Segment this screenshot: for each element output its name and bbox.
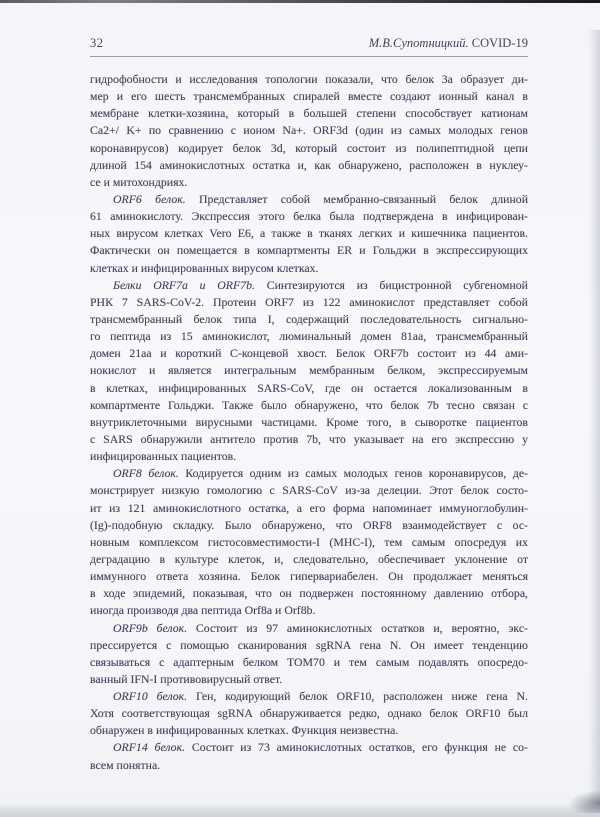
text-line: монстрирует низкую гомологию с SARS-CoV … xyxy=(90,482,528,499)
paragraph-lead: Белки ORF7a и ORF7b. xyxy=(113,278,255,292)
text-line: Ca2+/ K+ по сравнению с ионом Na+. ORF3d… xyxy=(90,122,528,139)
text-line: ит из 121 аминокислотного остатка, а его… xyxy=(90,500,528,517)
text-line: прессируется с помощью сканирования sgRN… xyxy=(90,637,528,654)
text-line: домен 21aa и короткий C-концевой хвост. … xyxy=(90,345,528,362)
text-line: ORF6 белок. Представляет собой мембранно… xyxy=(90,191,528,208)
text-line: новным комплексом гистосовместимости-I (… xyxy=(90,534,528,551)
text-line: связываться с адаптерным белком TOM70 и … xyxy=(90,654,528,671)
scan-bottom-shadow xyxy=(0,804,600,817)
text-line: Белки ORF7a и ORF7b. Синтезируются из би… xyxy=(90,277,528,294)
text-line: коронавирусов) кодирует белок 3d, которы… xyxy=(90,140,528,157)
paragraph-lead: ORF8 белок. xyxy=(113,466,179,480)
text-line: в ходе эпидемий, показывая, что он подве… xyxy=(90,585,528,602)
text-line: обнаружен в инфицированных клетках. Функ… xyxy=(90,722,528,739)
text-line: иногда производя два пептида Orf8a и Orf… xyxy=(90,602,528,619)
paragraph: ORF14 белок. Состоит из 73 аминокислотны… xyxy=(90,739,528,773)
text-line: иммунного ответа хозяина. Белок гипервар… xyxy=(90,568,528,585)
scan-top-edge xyxy=(0,0,600,3)
text-line: (Ig)-подобную складку. Было обнаружено, … xyxy=(90,517,528,534)
text-line: мер и его шесть трансмембранных спиралей… xyxy=(90,88,528,105)
text-line: деградацию в культуре клеток, и, следова… xyxy=(90,551,528,568)
text-line: Хотя соответствующая sgRNA обнаруживаетс… xyxy=(90,705,528,722)
text-line: клетках и инфицированных вирусом клетках… xyxy=(90,260,528,277)
text-line: го пептида из 15 аминокислот, люминальны… xyxy=(90,328,528,345)
scan-right-shadow xyxy=(588,30,600,805)
page-number: 32 xyxy=(90,36,104,51)
text-line: с SARS обнаружили антитело против 7b, чт… xyxy=(90,431,528,448)
text-column: гидрофобности и исследования топологии п… xyxy=(90,71,528,774)
text-line: Фактически он помещается в компартменты … xyxy=(90,242,528,259)
paragraph-lead: ORF10 белок. xyxy=(113,689,187,703)
paragraph: ORF9b белок. Состоит из 97 аминокислотны… xyxy=(90,620,528,689)
text-line: длиной 154 аминокислотных остатка и, как… xyxy=(90,157,528,174)
text-line: ORF14 белок. Состоит из 73 аминокислотны… xyxy=(90,739,528,756)
text-line: ных вирусом клетках Vero E6, а также в т… xyxy=(90,225,528,242)
text-line: инфицированных пациентов. xyxy=(90,448,528,465)
text-line: ORF10 белок. Ген, кодирующий белок ORF10… xyxy=(90,688,528,705)
running-title-book: COVID-19 xyxy=(469,36,528,50)
scanned-book-page: 32 М.В.Супотницкий. COVID-19 гидрофобнос… xyxy=(0,0,600,817)
text-line: нокислот и является интегральным мембран… xyxy=(90,362,528,379)
paragraph: Белки ORF7a и ORF7b. Синтезируются из би… xyxy=(90,277,528,466)
text-line: ванный IFN-I противовирусный ответ. xyxy=(90,671,528,688)
running-title: М.В.Супотницкий. COVID-19 xyxy=(369,36,528,51)
scan-corner-smudge xyxy=(570,791,600,813)
text-line: трансмембранный белок типа I, содержащий… xyxy=(90,311,528,328)
text-line: гидрофобности и исследования топологии п… xyxy=(90,71,528,88)
page-header: 32 М.В.Супотницкий. COVID-19 xyxy=(90,36,528,57)
text-line: компартменте Гольджи. Также было обнаруж… xyxy=(90,397,528,414)
running-title-author: М.В.Супотницкий. xyxy=(369,36,469,50)
paragraph: ORF6 белок. Представляет собой мембранно… xyxy=(90,191,528,277)
paragraph: ORF10 белок. Ген, кодирующий белок ORF10… xyxy=(90,688,528,739)
text-line: ORF9b белок. Состоит из 97 аминокислотны… xyxy=(90,620,528,637)
text-line: в клетках, инфицированных SARS-CoV, где … xyxy=(90,380,528,397)
paragraph-lead: ORF6 белок. xyxy=(113,192,186,206)
text-line: 61 аминокислоту. Экспрессия этого белка … xyxy=(90,208,528,225)
paragraph-lead: ORF9b белок. xyxy=(113,621,187,635)
text-line: всем понятна. xyxy=(90,757,528,774)
paragraph-lead: ORF14 белок. xyxy=(113,740,185,754)
paragraph: гидрофобности и исследования топологии п… xyxy=(90,71,528,191)
paragraph: ORF8 белок. Кодируется одним из самых мо… xyxy=(90,465,528,619)
text-line: се и митохондриях. xyxy=(90,174,528,191)
text-line: мембране клетки-хозяина, который в больш… xyxy=(90,105,528,122)
text-line: РНК 7 SARS-CoV-2. Протеин ORF7 из 122 ам… xyxy=(90,294,528,311)
text-line: ORF8 белок. Кодируется одним из самых мо… xyxy=(90,465,528,482)
text-line: внутриклеточными вирусными частицами. Кр… xyxy=(90,414,528,431)
